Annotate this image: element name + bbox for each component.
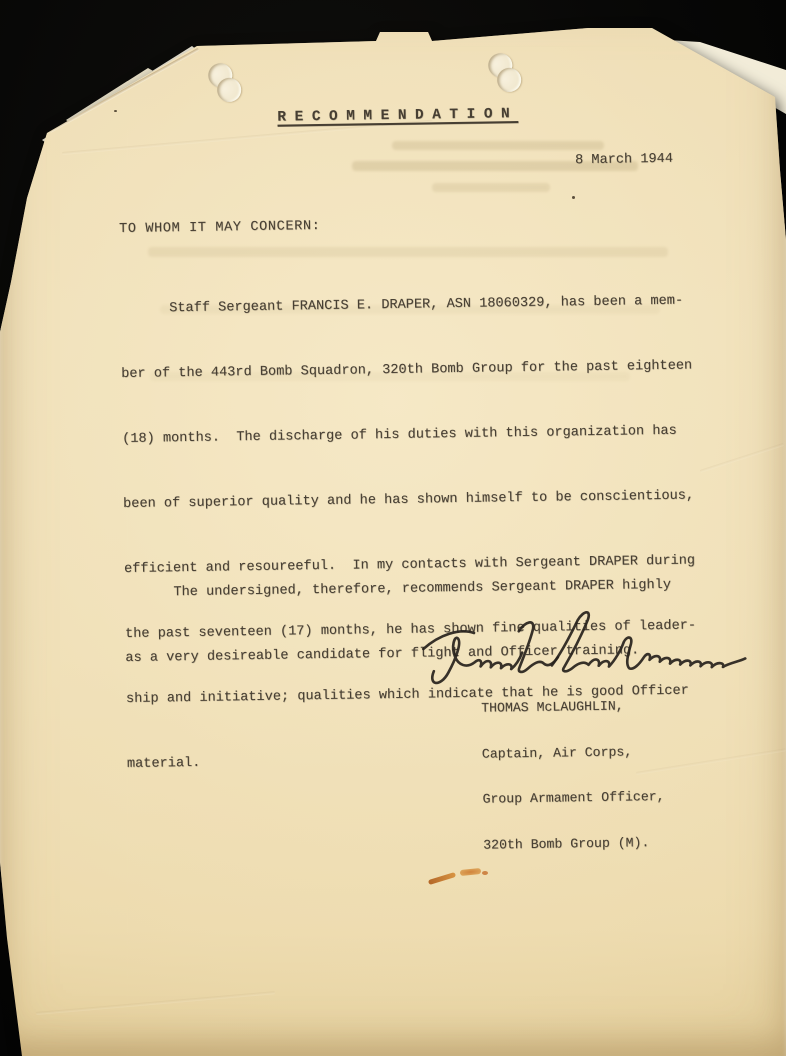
signature-unit: 320th Bomb Group (M). [483, 835, 665, 853]
paper-wrap: RECOMMENDATION 8 March 1944 TO WHOM IT M… [0, 0, 786, 1056]
scanned-letter-photo: RECOMMENDATION 8 March 1944 TO WHOM IT M… [0, 0, 786, 1056]
letter-content: RECOMMENDATION 8 March 1944 TO WHOM IT M… [0, 0, 786, 1056]
typed-line: (18) months. The discharge of his duties… [122, 414, 693, 457]
typed-line: ber of the 443rd Bomb Squadron, 320th Bo… [121, 349, 692, 392]
paper-sheet: RECOMMENDATION 8 March 1944 TO WHOM IT M… [0, 0, 786, 1056]
salutation: TO WHOM IT MAY CONCERN: [119, 219, 321, 237]
signature-rank: Captain, Air Corps, [482, 744, 664, 762]
signature-role: Group Armament Officer, [482, 789, 664, 807]
signature-name-typed: THOMAS McLAUGHLIN, [481, 698, 663, 716]
signature-block: THOMAS McLAUGHLIN, Captain, Air Corps, G… [481, 668, 666, 883]
typed-line: Staff Sergeant FRANCIS E. DRAPER, ASN 18… [120, 284, 691, 327]
letter-title: RECOMMENDATION [277, 106, 518, 126]
ink-speck [32, 130, 34, 132]
typed-line: been of superior quality and he has show… [123, 478, 694, 521]
letter-date: 8 March 1944 [575, 152, 673, 168]
